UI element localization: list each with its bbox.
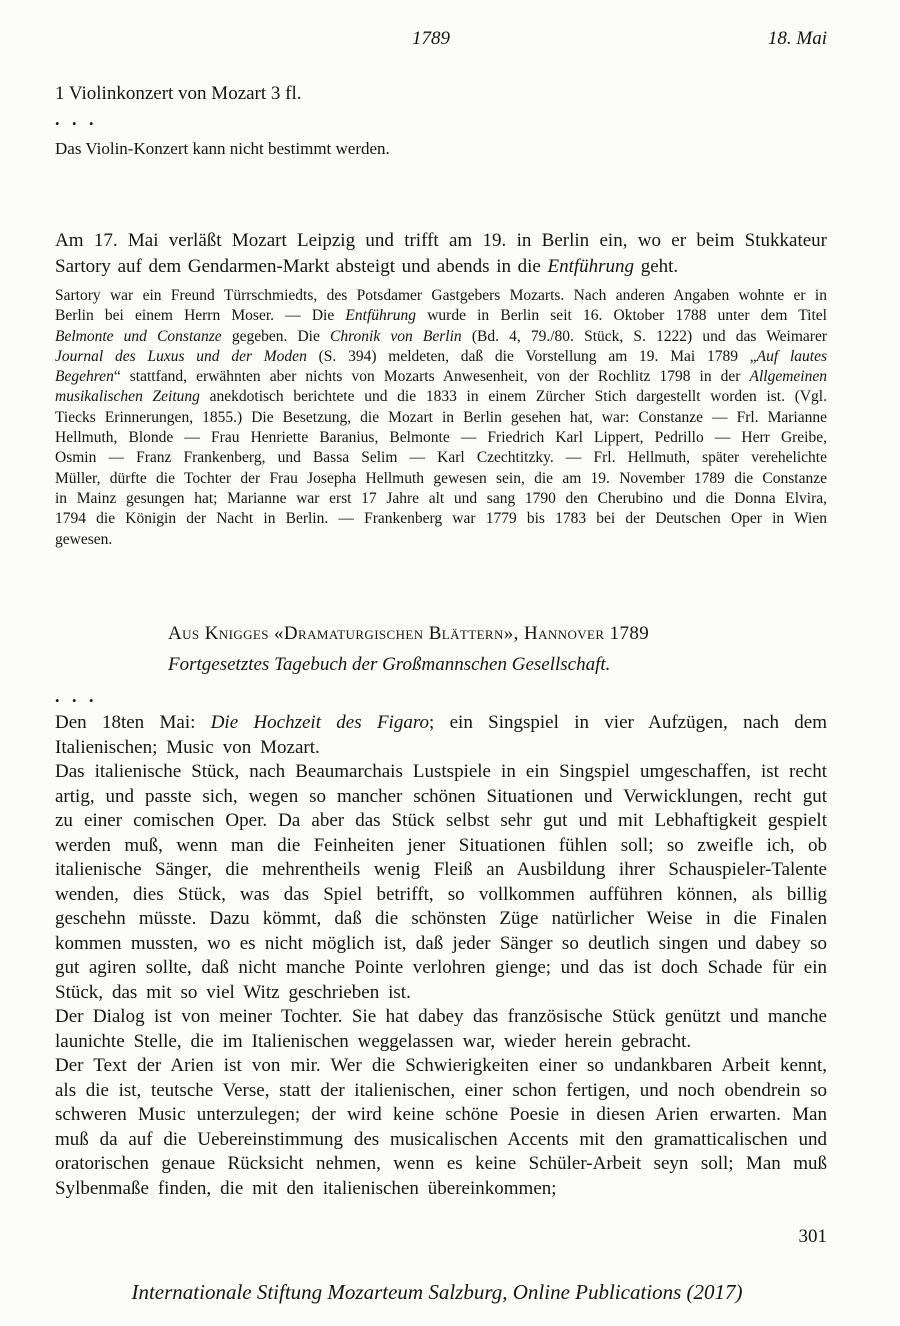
entry-note: Das Violin-Konzert kann nicht bestimmt w…: [55, 138, 827, 160]
catalog-entry: 1 Violinkonzert von Mozart 3 fl. . . . D…: [55, 82, 827, 160]
entry-item: 1 Violinkonzert von Mozart 3 fl.: [55, 82, 827, 106]
header-year: 1789: [412, 28, 450, 50]
annotation-paragraph: Sartory war ein Freund Türrschmiedts, de…: [55, 286, 827, 550]
page-number: 301: [799, 1226, 828, 1248]
diary-paragraph: Der Dialog ist von meiner Tochter. Sie h…: [55, 1005, 827, 1054]
section-subtitle: Fortgesetztes Tagebuch der Großmannschen…: [168, 653, 827, 677]
ellipsis-marker: . . .: [55, 112, 827, 126]
intro-paragraph: Am 17. Mai verläßt Mozart Leipzig und tr…: [55, 228, 827, 280]
diary-paragraph: Das italienische Stück, nach Beaumarchai…: [55, 760, 827, 1005]
section-heading: Aus Knigges «Dramaturgischen Blättern», …: [168, 622, 827, 646]
diary-paragraph: Den 18ten Mai: Die Hochzeit des Figaro; …: [55, 711, 827, 760]
diary-text: Den 18ten Mai: Die Hochzeit des Figaro; …: [55, 711, 827, 1201]
knigge-section: Aus Knigges «Dramaturgischen Blättern», …: [55, 622, 827, 1201]
book-page: 1789 18. Mai 1 Violinkonzert von Mozart …: [0, 0, 900, 1326]
ellipsis-marker: . . .: [55, 689, 827, 703]
footer-credit: Internationale Stiftung Mozarteum Salzbu…: [0, 1280, 900, 1305]
commentary-section: Am 17. Mai verläßt Mozart Leipzig und tr…: [55, 228, 827, 550]
header-date: 18. Mai: [768, 28, 827, 50]
page-header: 1789 18. Mai: [55, 28, 827, 58]
diary-paragraph: Der Text der Arien ist von mir. Wer die …: [55, 1054, 827, 1201]
